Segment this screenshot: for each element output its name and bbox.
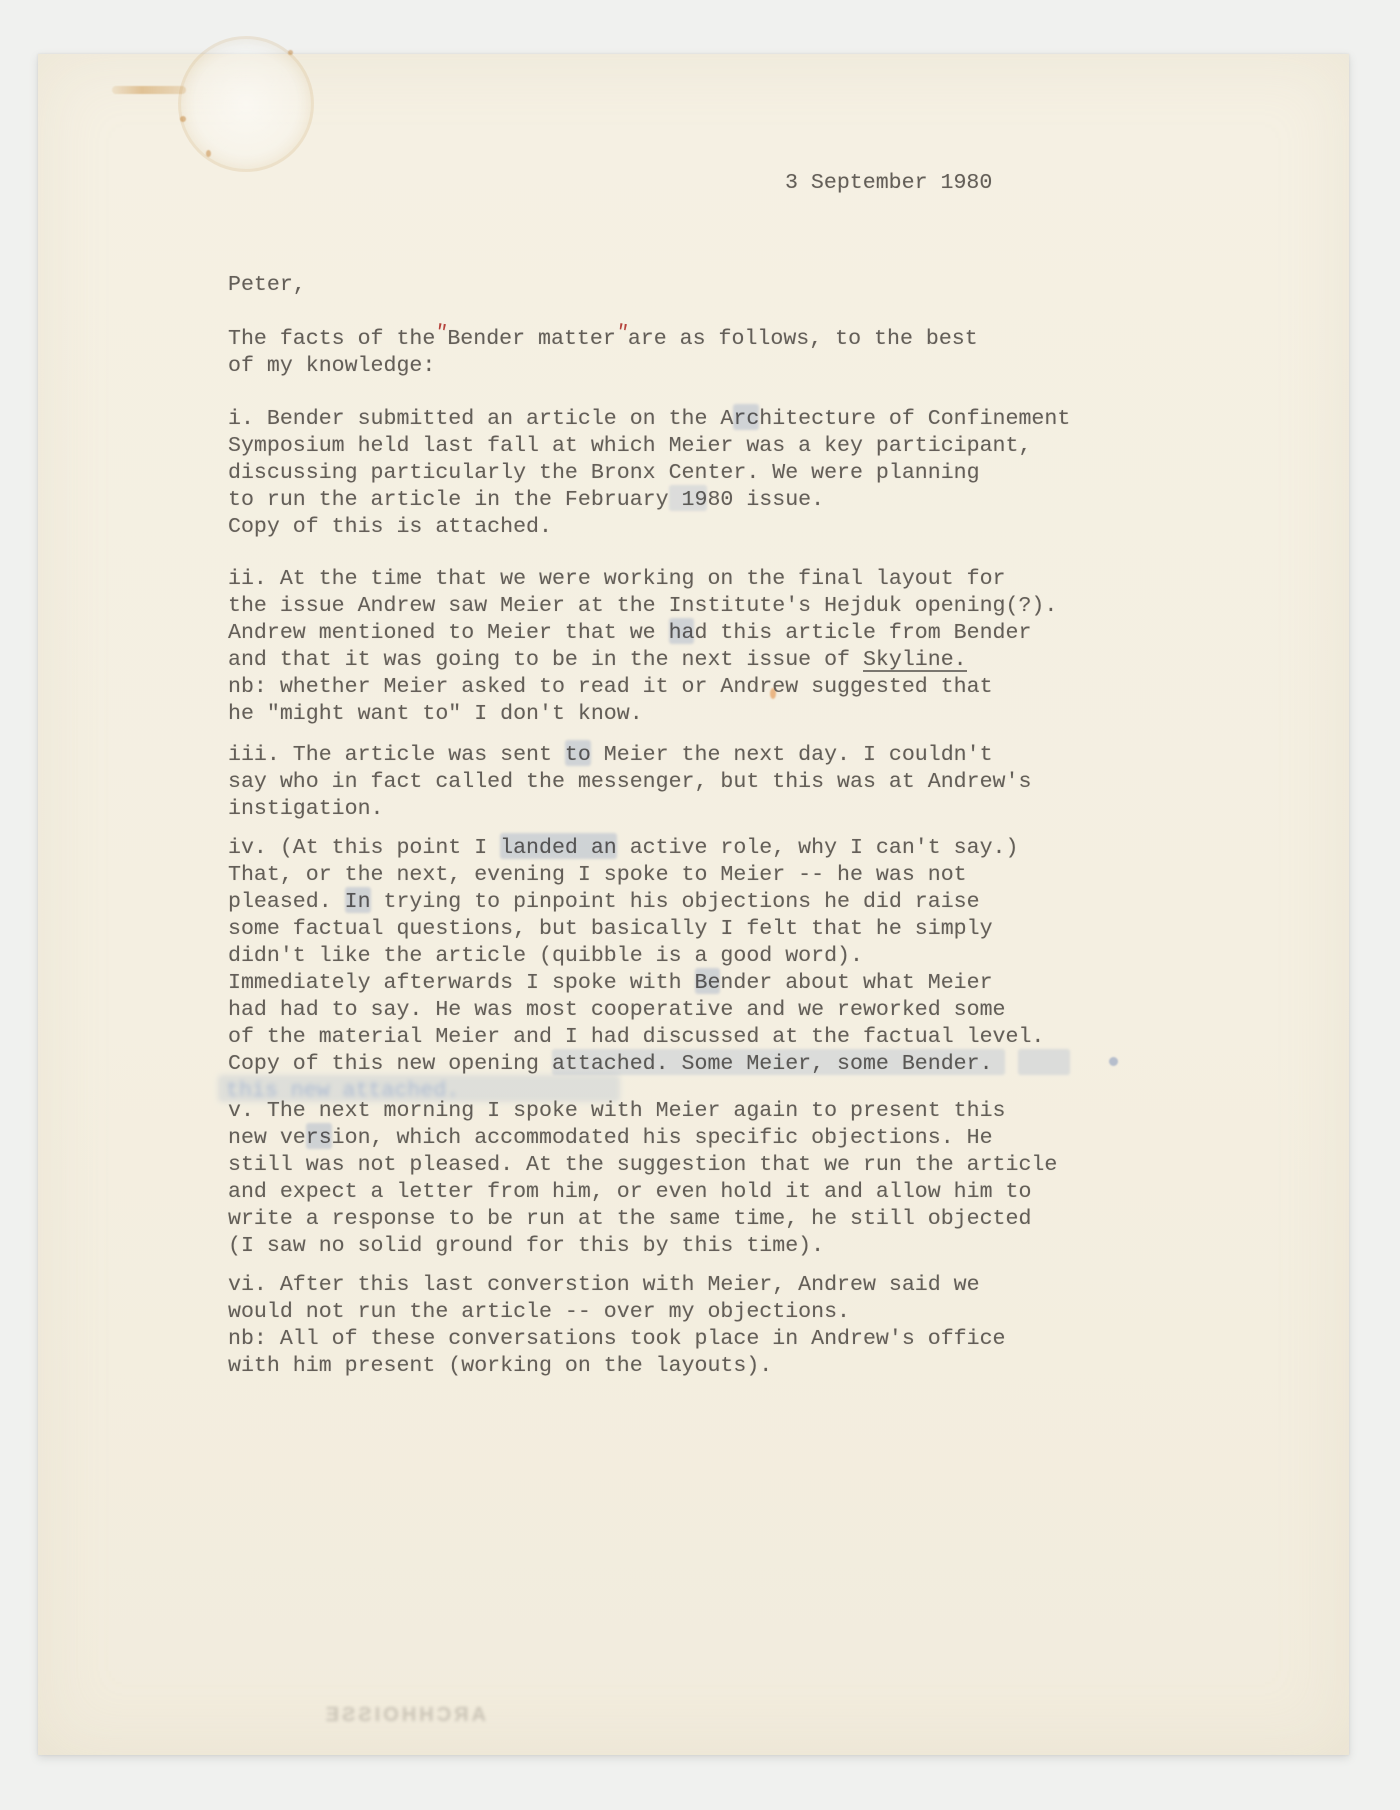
paragraph-v: v. The next morning I spoke with Meier a… [228, 1098, 1228, 1260]
intro-text-pre: The facts of the [228, 327, 435, 351]
staple-ring-stain [178, 36, 314, 172]
blue-correction-mark [500, 833, 617, 859]
paragraph-iv: iv. (At this point I landed an active ro… [228, 835, 1228, 1078]
paragraph-ii-text: ii. At the time that we were working on … [228, 566, 1228, 728]
paragraph-vi-text: vi. After this last converstion with Mei… [228, 1272, 1228, 1380]
blue-correction-mark [733, 404, 759, 430]
blue-highlight-wash [552, 1049, 1006, 1075]
blue-correction-mark [669, 618, 695, 644]
intro-paragraph: The facts of the″Bender matter″are as fo… [228, 326, 1228, 380]
rust-speck [206, 150, 211, 157]
paragraph-ii: ii. At the time that we were working on … [228, 566, 1228, 728]
intro-text-post: are as follows, to the best [628, 327, 978, 351]
intro-line-2: of my knowledge: [228, 353, 1228, 380]
paragraph-i: i. Bender submitted an article on the Ar… [228, 406, 1228, 541]
blue-correction-mark [345, 887, 371, 913]
intro-text-quoted: Bender matter [447, 327, 615, 351]
blue-correction-mark [306, 1123, 332, 1149]
blue-highlight-wash [1018, 1049, 1070, 1075]
blue-correction-mark [669, 485, 708, 511]
scan-background: 3 September 1980 Peter, The facts of the… [0, 0, 1400, 1810]
rust-streak [112, 86, 186, 94]
underline-skyline [863, 670, 967, 672]
salutation: Peter, [228, 272, 306, 299]
paragraph-iii: iii. The article was sent to Meier the n… [228, 742, 1228, 823]
intro-line-1: The facts of the″Bender matter″are as fo… [228, 326, 1228, 353]
date-line: 3 September 1980 [785, 170, 992, 197]
paragraph-i-text: i. Bender submitted an article on the Ar… [228, 406, 1228, 541]
blue-correction-mark [565, 740, 591, 766]
paragraph-iv-text: iv. (At this point I landed an active ro… [228, 835, 1228, 1078]
show-through-stamp: ARCHHOISSE [236, 1704, 486, 1727]
rust-speck [180, 116, 186, 122]
rust-speck [288, 50, 293, 55]
letter-sheet: 3 September 1980 Peter, The facts of the… [38, 54, 1349, 1755]
paragraph-vi: vi. After this last converstion with Mei… [228, 1272, 1228, 1380]
paragraph-iii-text: iii. The article was sent to Meier the n… [228, 742, 1228, 823]
blue-correction-mark [695, 968, 721, 994]
paragraph-v-text: v. The next morning I spoke with Meier a… [228, 1098, 1228, 1260]
